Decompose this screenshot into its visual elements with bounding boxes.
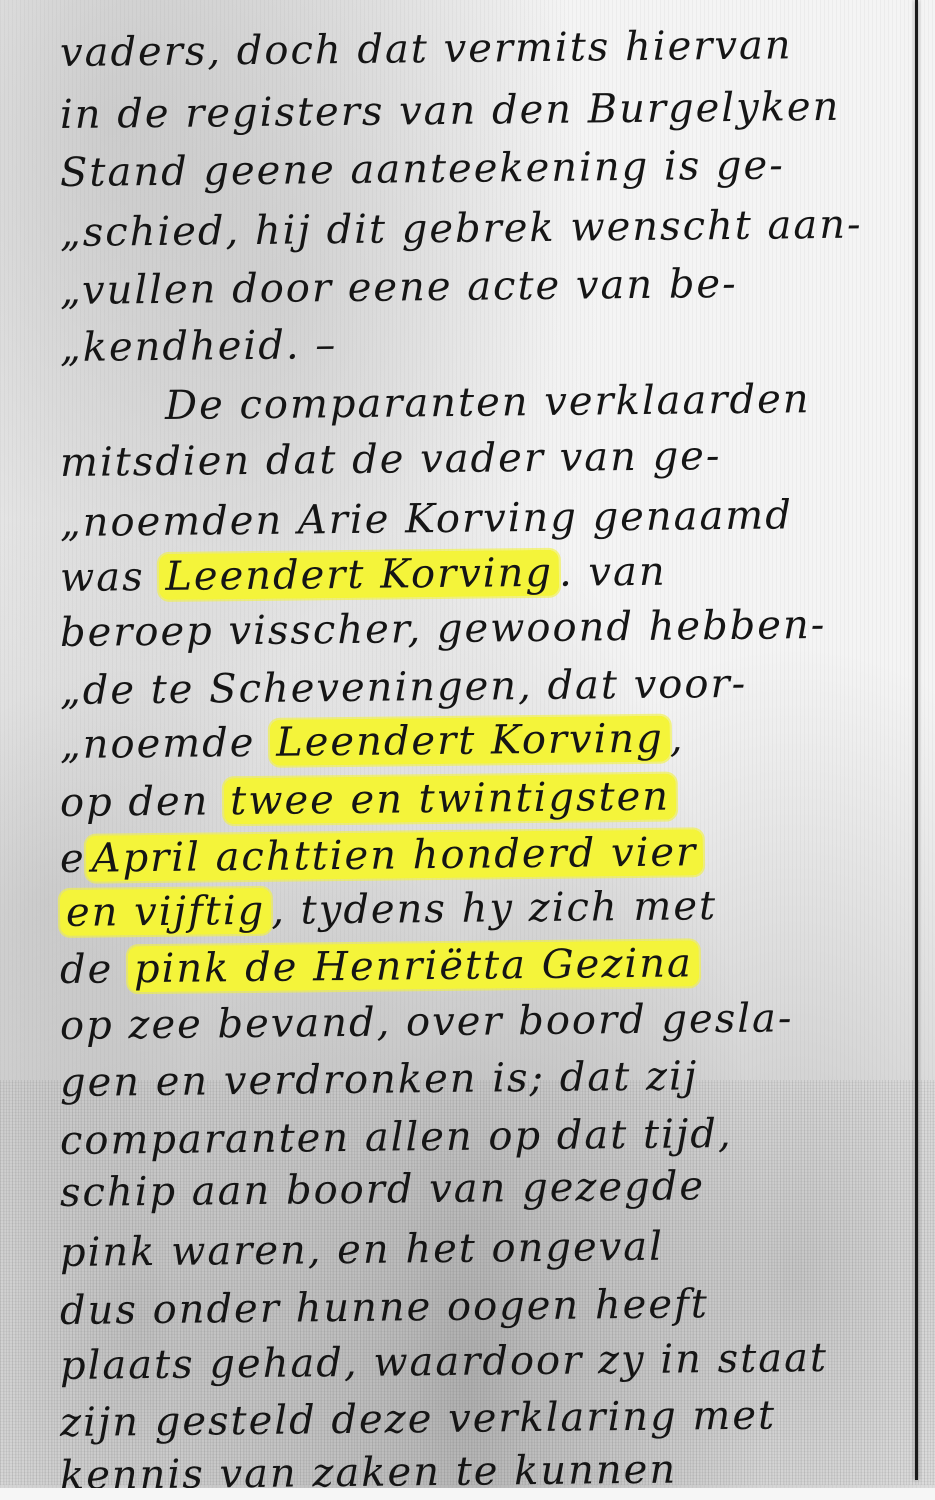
text-line: de pink de Henriëtta Gezina xyxy=(60,940,699,993)
text-line: „kendheid. – xyxy=(60,322,338,371)
line-text: zijn gesteld deze verklaring met xyxy=(60,1393,777,1446)
line-text: „kendheid. – xyxy=(60,322,338,371)
line-text: was xyxy=(60,554,145,601)
highlighted-text: en vijftig xyxy=(60,888,272,936)
line-text: comparanten allen op dat tijd, xyxy=(60,1111,733,1164)
line-text: schip aan boord van gezegde xyxy=(60,1163,705,1216)
line-text: „schied, hij dit gebrek wenscht aan- xyxy=(60,202,863,256)
text-line: „noemde Leendert Korving, xyxy=(60,715,685,768)
text-line: op den twee en twintigsten xyxy=(60,774,677,826)
line-suffix: , tydens hy zich met xyxy=(271,883,717,934)
text-line: plaats gehad, waardoor zy in staat xyxy=(60,1335,828,1389)
text-line: mitsdien dat de vader van ge- xyxy=(60,433,722,486)
line-text: beroep visscher, gewoond hebben- xyxy=(60,602,827,656)
highlighted-text: twee en twintigsten xyxy=(224,774,676,825)
line-text: De comparanten verklaarden xyxy=(165,376,811,429)
line-text: „noemden Arie Korving genaamd xyxy=(60,492,793,546)
text-line: dus onder hunne oogen heeft xyxy=(60,1281,709,1334)
text-line: „vullen door eene acte van be- xyxy=(60,261,738,314)
line-prefix: e xyxy=(60,836,86,882)
text-line: gen en verdronken is; dat zij xyxy=(60,1053,699,1106)
text-line: comparanten allen op dat tijd, xyxy=(60,1111,733,1164)
highlighted-text: Leendert Korving xyxy=(159,550,559,600)
highlighted-text: pink de Henriëtta Gezina xyxy=(128,940,699,992)
text-line: beroep visscher, gewoond hebben- xyxy=(60,602,827,656)
line-text: „vullen door eene acte van be- xyxy=(60,261,738,314)
line-text: Stand geene aanteekening is ge- xyxy=(60,142,785,196)
line-text: dus onder hunne oogen heeft xyxy=(60,1281,709,1334)
text-line: Stand geene aanteekening is ge- xyxy=(60,142,785,196)
highlighted-text: Leendert Korving xyxy=(270,716,670,766)
text-line: zijn gesteld deze verklaring met xyxy=(60,1393,777,1446)
line-text: gen en verdronken is; dat zij xyxy=(60,1053,699,1106)
line-text: „noemde xyxy=(60,720,256,768)
scanned-document-page: vaders, doch dat vermits hiervanin de re… xyxy=(0,0,935,1500)
text-line: De comparanten verklaarden xyxy=(165,376,811,429)
line-suffix: , xyxy=(670,715,685,761)
text-line: op zee bevand, over boord gesla- xyxy=(60,995,794,1049)
text-line: pink waren, en het ongeval xyxy=(60,1224,664,1276)
line-text: vaders, doch dat vermits hiervan xyxy=(60,22,793,76)
text-line: was Leendert Korving. van xyxy=(60,549,667,601)
line-text: op zee bevand, over boord gesla- xyxy=(60,995,794,1049)
text-line: „noemden Arie Korving genaamd xyxy=(60,492,793,546)
line-text: in de registers van den Burgelyken xyxy=(60,84,841,138)
page-margin-line xyxy=(915,0,918,1480)
line-text: „de te Scheveningen, dat voor- xyxy=(60,661,748,714)
page-bottom-edge xyxy=(0,1488,935,1500)
line-text: pink waren, en het ongeval xyxy=(60,1224,664,1276)
highlighted-text: April achttien honderd vier xyxy=(85,829,703,881)
text-line: vaders, doch dat vermits hiervan xyxy=(60,22,793,76)
text-line: in de registers van den Burgelyken xyxy=(60,84,841,138)
line-suffix: . van xyxy=(559,549,667,596)
line-text: de xyxy=(60,946,114,993)
text-line: en vijftig, tydens hy zich met xyxy=(60,883,718,936)
text-line: „schied, hij dit gebrek wenscht aan- xyxy=(60,202,863,256)
text-line: „de te Scheveningen, dat voor- xyxy=(60,661,748,714)
line-text: op den xyxy=(60,778,210,826)
text-line: eApril achttien honderd vier xyxy=(60,829,704,882)
line-text: plaats gehad, waardoor zy in staat xyxy=(60,1335,828,1389)
line-text: mitsdien dat de vader van ge- xyxy=(60,433,722,486)
text-line: schip aan boord van gezegde xyxy=(60,1163,705,1216)
